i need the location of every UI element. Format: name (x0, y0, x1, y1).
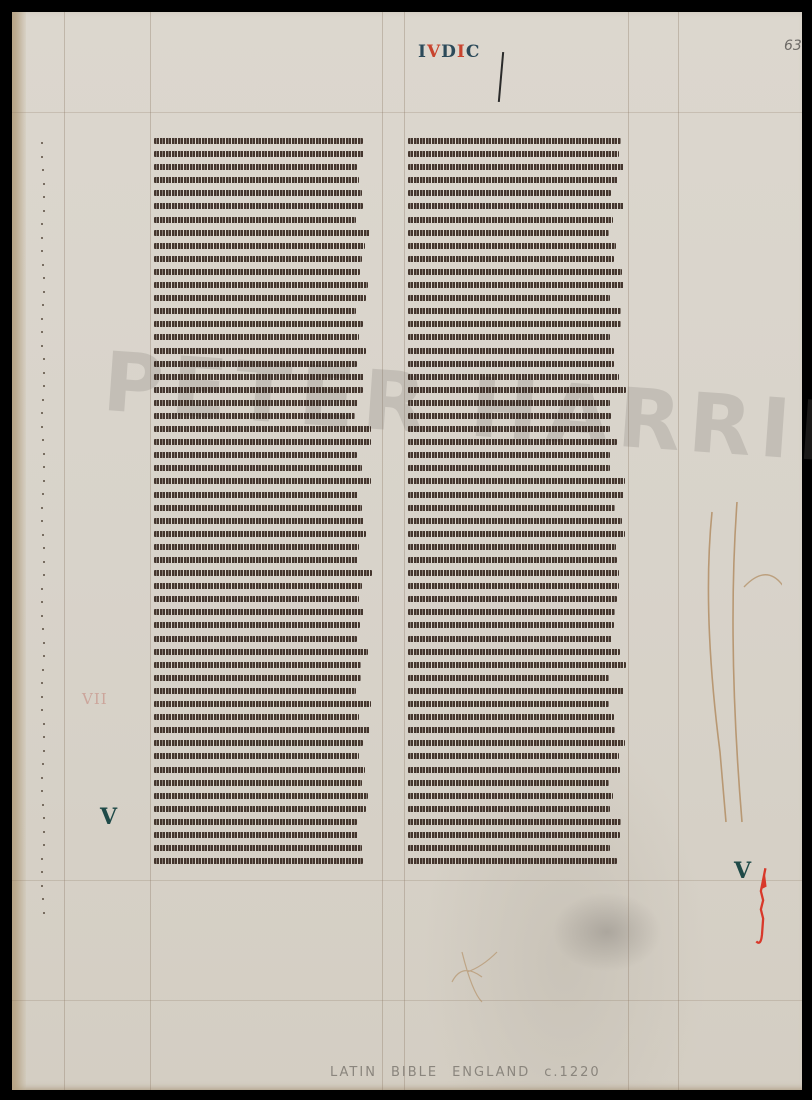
script-line (154, 134, 372, 147)
pencil-note-word: c.1220 (544, 1065, 600, 1080)
script-ink (408, 740, 625, 746)
right-column (408, 134, 626, 867)
script-ink (408, 570, 619, 576)
script-ink (154, 806, 366, 812)
script-ink (408, 531, 625, 537)
script-line (408, 370, 626, 383)
script-line (154, 265, 372, 278)
pricking-mark (42, 169, 44, 171)
script-ink (154, 374, 364, 380)
script-line (154, 239, 372, 252)
script-line (154, 540, 372, 553)
script-ink (408, 348, 614, 354)
script-ink (408, 334, 610, 340)
script-ink (154, 649, 368, 655)
script-line (154, 422, 372, 435)
script-line (408, 736, 626, 749)
pricking-mark (41, 682, 43, 684)
script-line (408, 239, 626, 252)
script-ink (154, 426, 371, 432)
script-ink (154, 256, 362, 262)
script-line (408, 396, 626, 409)
pricking-mark (43, 642, 45, 644)
script-ink (154, 465, 362, 471)
pricking-mark (41, 331, 43, 333)
left-column (154, 134, 372, 867)
stain (552, 892, 662, 972)
pricking-mark (41, 709, 43, 711)
script-line (154, 632, 372, 645)
pricking-mark (43, 912, 45, 914)
script-ink (154, 478, 371, 484)
script-ink (408, 269, 622, 275)
script-ink (408, 321, 621, 327)
script-ink (154, 675, 361, 681)
script-ink (154, 203, 363, 209)
pricking-mark (41, 790, 43, 792)
script-ink (408, 190, 611, 196)
script-ink (408, 753, 619, 759)
script-line (154, 854, 372, 867)
pricking-mark (43, 183, 45, 185)
script-line (154, 435, 372, 448)
pricking-mark (43, 453, 45, 455)
script-ink (408, 374, 619, 380)
script-ink (408, 387, 626, 393)
script-ink (154, 439, 371, 445)
running-head-letter: I (418, 42, 427, 62)
script-line (408, 671, 626, 684)
script-line (408, 278, 626, 291)
script-line (408, 553, 626, 566)
script-line (154, 658, 372, 671)
pricking-mark (42, 304, 44, 306)
pencil-note-word: BIBLE (391, 1065, 438, 1080)
script-ink (154, 190, 362, 196)
script-ink (408, 622, 614, 628)
script-ink (408, 714, 614, 720)
script-line (408, 226, 626, 239)
script-ink (408, 203, 624, 209)
script-line (154, 448, 372, 461)
red-flourish-icon (752, 866, 772, 946)
script-ink (154, 858, 363, 864)
pricking-mark (41, 871, 43, 873)
pencil-note: LATINBIBLEENGLANDc.1220 (330, 1065, 615, 1080)
script-ink (408, 793, 613, 799)
pricking-mark (41, 885, 43, 887)
running-head: IVDIC (418, 42, 480, 62)
left-margin-initial: V (100, 804, 117, 830)
pricking-mark (43, 547, 45, 549)
script-ink (154, 544, 359, 550)
script-ink (408, 858, 617, 864)
script-ink (408, 282, 624, 288)
ruling-col2-left (404, 12, 405, 1090)
pricking-mark (43, 750, 45, 752)
pricking-mark (41, 237, 43, 239)
pricking-mark (42, 534, 44, 536)
pricking-mark (43, 372, 45, 374)
script-line (154, 723, 372, 736)
pricking-mark (41, 601, 43, 603)
script-ink (154, 505, 362, 511)
script-line (154, 409, 372, 422)
script-ink (408, 557, 617, 563)
script-ink (408, 243, 616, 249)
pencil-note-word: LATIN (330, 1065, 377, 1080)
script-ink (408, 544, 616, 550)
script-line (408, 618, 626, 631)
script-line (408, 776, 626, 789)
script-line (154, 828, 372, 841)
script-line (408, 841, 626, 854)
script-line (154, 173, 372, 186)
script-ink (154, 151, 364, 157)
script-line (154, 815, 372, 828)
script-line (408, 422, 626, 435)
pricking-mark (43, 844, 45, 846)
script-ink (154, 308, 356, 314)
script-ink (154, 701, 371, 707)
script-line (154, 252, 372, 265)
pricking-mark (41, 615, 43, 617)
script-line (408, 409, 626, 422)
script-line (154, 461, 372, 474)
script-line (154, 710, 372, 723)
script-ink (154, 282, 368, 288)
script-line (408, 173, 626, 186)
script-ink (408, 675, 609, 681)
script-ink (408, 177, 618, 183)
pricking-mark (43, 561, 45, 563)
script-line (154, 684, 372, 697)
pricking-mark (43, 655, 45, 657)
script-ink (408, 361, 614, 367)
script-line (154, 501, 372, 514)
script-ink (408, 636, 612, 642)
pricking-mark (43, 574, 45, 576)
script-line (408, 592, 626, 605)
script-ink (408, 151, 619, 157)
pricking-mark (41, 696, 43, 698)
running-head-letter: I (457, 42, 466, 62)
pricking-mark (42, 399, 44, 401)
script-line (408, 474, 626, 487)
pricking-mark (43, 196, 45, 198)
script-line (154, 697, 372, 710)
script-ink (154, 452, 357, 458)
script-line (408, 566, 626, 579)
script-line (154, 763, 372, 776)
script-line (408, 304, 626, 317)
script-ink (408, 138, 621, 144)
script-line (408, 697, 626, 710)
ruling-left-outer (64, 12, 65, 1090)
script-ink (154, 714, 359, 720)
pricking-mark (41, 142, 43, 144)
script-ink (154, 400, 358, 406)
script-ink (154, 596, 359, 602)
script-line (408, 710, 626, 723)
script-ink (154, 662, 361, 668)
pricking-mark (41, 858, 43, 860)
script-ink (154, 321, 363, 327)
script-line (154, 186, 372, 199)
script-line (408, 435, 626, 448)
script-ink (154, 780, 362, 786)
script-line (408, 514, 626, 527)
script-line (154, 579, 372, 592)
script-ink (154, 217, 356, 223)
running-head-letter: D (441, 42, 457, 62)
pricking-mark (43, 277, 45, 279)
script-line (408, 645, 626, 658)
script-line (408, 632, 626, 645)
script-line (154, 618, 372, 631)
script-ink (408, 596, 617, 602)
pricking-mark (43, 736, 45, 738)
script-line (408, 828, 626, 841)
script-ink (154, 387, 363, 393)
script-line (154, 370, 372, 383)
script-line (154, 776, 372, 789)
script-ink (154, 570, 372, 576)
running-head-letter: V (427, 42, 441, 62)
script-ink (154, 767, 365, 773)
script-line (154, 749, 372, 762)
script-line (154, 396, 372, 409)
pricking-mark (43, 291, 45, 293)
script-line (408, 330, 626, 343)
script-ink (154, 492, 358, 498)
ruling-bottom (12, 880, 802, 881)
script-ink (154, 138, 363, 144)
script-ink (408, 465, 610, 471)
script-ink (408, 492, 624, 498)
pricking-mark (43, 385, 45, 387)
script-line (154, 592, 372, 605)
script-line (408, 763, 626, 776)
script-line (154, 527, 372, 540)
script-line (154, 330, 372, 343)
script-line (154, 605, 372, 618)
script-line (154, 488, 372, 501)
script-line (154, 671, 372, 684)
script-ink (408, 806, 610, 812)
pricking-mark (43, 831, 45, 833)
running-head-flourish (498, 52, 504, 102)
script-ink (154, 793, 368, 799)
script-ink (154, 636, 357, 642)
script-line (408, 383, 626, 396)
script-line (408, 854, 626, 867)
pricking-mark (41, 156, 43, 158)
pencil-note-word: ENGLAND (452, 1065, 530, 1080)
pricking-mark (42, 804, 44, 806)
ruling-bottom-2 (12, 1000, 802, 1001)
script-line (408, 789, 626, 802)
script-line (408, 527, 626, 540)
script-ink (154, 845, 362, 851)
pricking-mark (42, 439, 44, 441)
script-ink (408, 819, 621, 825)
script-line (408, 540, 626, 553)
script-ink (154, 230, 370, 236)
script-line (154, 553, 372, 566)
script-ink (408, 845, 610, 851)
pricking-mark (41, 412, 43, 414)
script-ink (154, 177, 359, 183)
script-ink (408, 583, 619, 589)
script-ink (154, 413, 355, 419)
script-line (408, 802, 626, 815)
script-line (154, 160, 372, 173)
pricking-mark (43, 480, 45, 482)
pricking-mark (41, 223, 43, 225)
script-line (154, 789, 372, 802)
script-ink (408, 400, 610, 406)
script-line (408, 448, 626, 461)
script-ink (154, 557, 358, 563)
script-line (408, 723, 626, 736)
script-line (408, 317, 626, 330)
script-ink (408, 518, 622, 524)
script-ink (408, 256, 614, 262)
script-line (408, 461, 626, 474)
script-ink (408, 164, 624, 170)
pricking-mark (42, 898, 44, 900)
script-ink (408, 439, 617, 445)
script-ink (408, 426, 610, 432)
pricking-mark (41, 777, 43, 779)
script-line (408, 501, 626, 514)
script-line (408, 344, 626, 357)
pricking-mark (41, 345, 43, 347)
script-line (154, 304, 372, 317)
script-line (154, 344, 372, 357)
manuscript-leaf: PETER HARRINGTON IVDIC 63 VII V V LATINB… (12, 12, 802, 1090)
script-ink (408, 780, 609, 786)
script-ink (154, 334, 359, 340)
script-ink (408, 413, 611, 419)
pricking-mark (43, 466, 45, 468)
marginal-sketch (682, 492, 782, 832)
script-line (408, 815, 626, 828)
script-line (408, 684, 626, 697)
script-ink (154, 622, 360, 628)
script-line (408, 134, 626, 147)
script-ink (154, 295, 366, 301)
pricking-mark (41, 588, 43, 590)
script-ink (408, 767, 620, 773)
pricking-mark (42, 669, 44, 671)
script-ink (408, 701, 609, 707)
script-ink (154, 832, 358, 838)
script-line (154, 566, 372, 579)
script-line (154, 802, 372, 815)
script-line (154, 199, 372, 212)
pricking-mark (43, 210, 45, 212)
script-line (408, 252, 626, 265)
script-line (408, 579, 626, 592)
script-line (408, 213, 626, 226)
script-ink (154, 740, 363, 746)
script-line (154, 147, 372, 160)
script-ink (154, 727, 370, 733)
pricking-mark (41, 250, 43, 252)
script-line (154, 278, 372, 291)
script-line (408, 749, 626, 762)
script-line (154, 357, 372, 370)
script-ink (408, 217, 613, 223)
script-line (154, 514, 372, 527)
chapter-number: VII (82, 690, 108, 708)
script-ink (154, 531, 366, 537)
pricking-mark (43, 723, 45, 725)
script-line (154, 736, 372, 749)
pricking-mark (42, 493, 44, 495)
pricking-mark (41, 426, 43, 428)
script-line (408, 160, 626, 173)
script-line (154, 645, 372, 658)
script-ink (154, 609, 364, 615)
ruling-right-outer (678, 12, 679, 1090)
script-line (408, 199, 626, 212)
script-ink (408, 308, 621, 314)
script-ink (408, 662, 626, 668)
folio-number: 63 (784, 38, 802, 54)
pricking-mark (42, 264, 44, 266)
script-line (408, 265, 626, 278)
script-line (408, 186, 626, 199)
right-margin-initial: V (734, 858, 751, 884)
script-ink (408, 452, 610, 458)
script-ink (154, 753, 359, 759)
script-ink (154, 269, 360, 275)
pricking-mark (42, 763, 44, 765)
script-ink (408, 832, 620, 838)
script-ink (408, 688, 624, 694)
script-ink (154, 361, 357, 367)
script-ink (408, 478, 625, 484)
script-line (154, 474, 372, 487)
script-ink (408, 649, 620, 655)
script-line (408, 357, 626, 370)
ruling-top (12, 112, 802, 113)
script-line (154, 213, 372, 226)
script-ink (154, 688, 356, 694)
ruling-col1-left (150, 12, 151, 1090)
pricking-mark (41, 318, 43, 320)
script-ink (154, 348, 366, 354)
script-ink (408, 295, 610, 301)
script-ink (408, 609, 615, 615)
script-ink (408, 505, 615, 511)
script-line (408, 147, 626, 160)
script-line (154, 226, 372, 239)
script-ink (154, 583, 362, 589)
pricking-mark (41, 520, 43, 522)
pricking-mark (43, 817, 45, 819)
pricking-mark (41, 507, 43, 509)
script-line (154, 291, 372, 304)
script-line (154, 383, 372, 396)
script-ink (154, 819, 357, 825)
script-ink (154, 164, 357, 170)
ruling-col1-right (382, 12, 383, 1090)
running-head-letter: C (466, 42, 481, 62)
